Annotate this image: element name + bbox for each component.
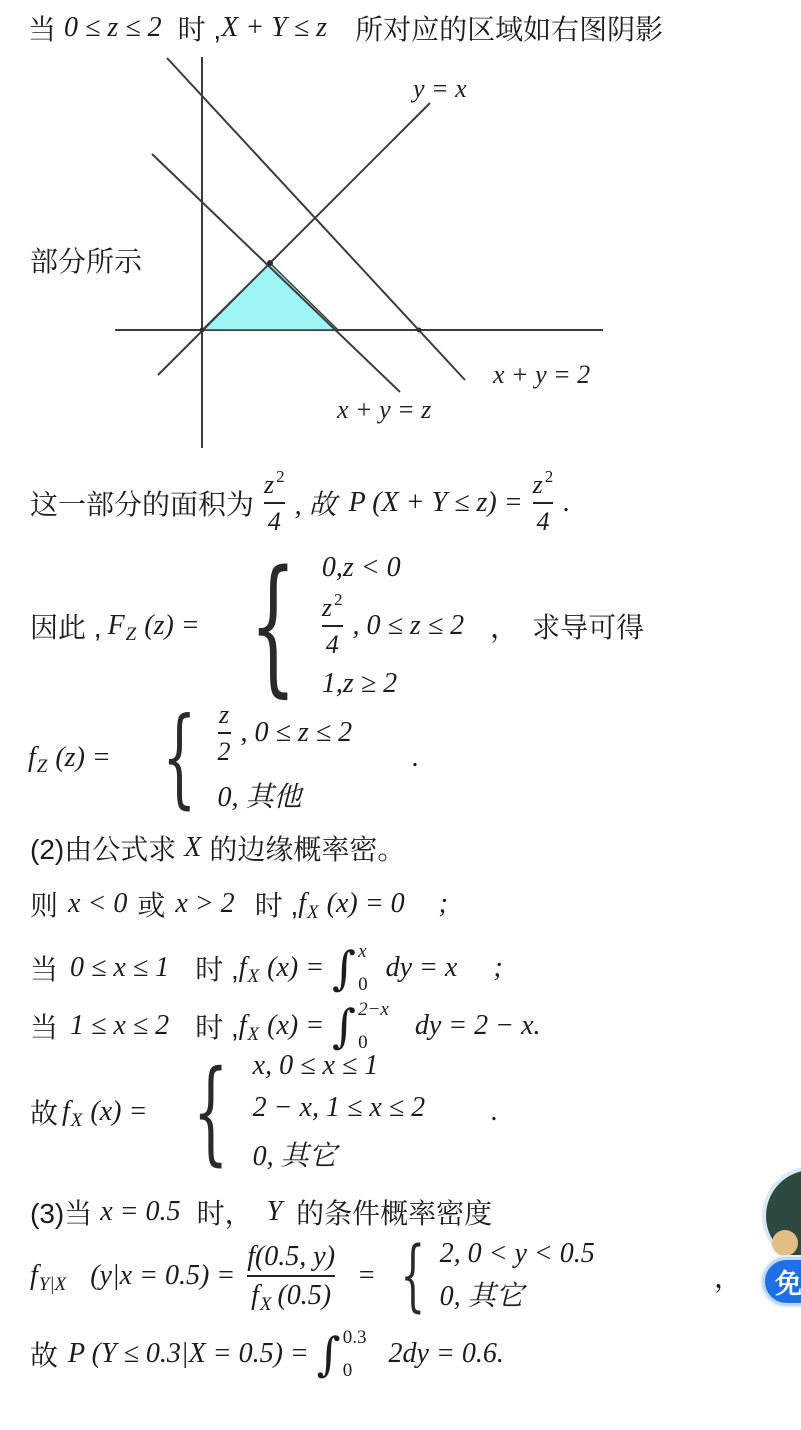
intro-math-2: X + Y ≤ z: [221, 12, 327, 44]
equals: =: [357, 1260, 376, 1292]
fX-cases: x, 0 ≤ x ≤ 1 2 − x, 1 ≤ x ≤ 2 0, 其它: [253, 1045, 425, 1179]
final-line: 故 P (Y ≤ 0.3|X = 0.5) = ∫ 0.3 0 2dy = 0.…: [30, 1326, 504, 1382]
integral-bounds: 0.3 0: [343, 1327, 367, 1381]
fraction-bar: [247, 1275, 335, 1277]
part2-line-2: 当 0 ≤ x ≤ 1 时 , fX (x) = ∫ x 0 dy = x ;: [30, 940, 503, 996]
FZ-func-sub: Z: [126, 624, 137, 646]
left-brace: {: [249, 559, 296, 692]
fraction-z-over-2: z 2: [218, 701, 231, 766]
math: 1 ≤ x ≤ 2: [70, 1010, 169, 1042]
label-y-eq-x: y = x: [410, 74, 467, 103]
shaded-region: [202, 263, 338, 330]
left-brace: {: [162, 709, 196, 806]
num-func: f: [247, 1242, 255, 1271]
fX-func: f: [62, 1096, 70, 1128]
left-brace: {: [400, 1241, 425, 1311]
fZ-func-sub: Z: [37, 756, 48, 778]
frac-exp: 2: [276, 467, 285, 486]
part2-title-text-1: (2)由公式求: [30, 828, 176, 868]
frac-exp: 2: [545, 467, 554, 486]
semicolon: ;: [493, 952, 502, 984]
fraction-z2-over-4c: z2 4: [322, 594, 343, 659]
intersection-dot-apex: [267, 260, 273, 266]
math: x < 0: [68, 888, 127, 920]
FZ-case-2-cond: , 0 ≤ z ≤ 2: [353, 610, 465, 642]
func-sub: X: [307, 902, 319, 924]
text: 时，: [197, 1192, 253, 1232]
num-arg: (0.5, y): [255, 1242, 335, 1271]
upper-bound: 2−x: [358, 1000, 389, 1019]
text: 则: [30, 884, 58, 924]
intro-text-3: 所对应的区域如右图阴影: [355, 8, 663, 48]
frac-den: 4: [536, 508, 549, 535]
free-badge-label: 免: [775, 1262, 801, 1301]
text: (3)当: [30, 1192, 92, 1232]
fZ-case-1-cond: , 0 ≤ z ≤ 2: [241, 717, 353, 749]
func: f: [239, 1010, 247, 1042]
fX-case-2: 2 − x, 1 ≤ x ≤ 2: [253, 1092, 425, 1124]
den-arg: (0.5): [277, 1281, 331, 1310]
frac-exp: 2: [334, 590, 343, 609]
intro-line: 当 0 ≤ z ≤ 2 时 , X + Y ≤ z 所对应的区域如右图阴影: [28, 8, 663, 48]
math: (x) =: [267, 952, 324, 984]
part2-title-math: X: [184, 832, 201, 864]
frac-num: f (0.5, y): [247, 1242, 335, 1271]
fraction-z2-over-4b: z2 4: [533, 471, 554, 536]
func-sub: X: [248, 1024, 260, 1046]
func: f: [298, 888, 306, 920]
func: f: [30, 1260, 38, 1292]
fZ-case-1: z 2 , 0 ≤ z ≤ 2: [218, 701, 353, 766]
text: 故: [30, 1334, 58, 1374]
avatar-face-icon: [772, 1230, 798, 1256]
FZ-prefix: 因此 ,: [30, 606, 102, 646]
den-func-sub: X: [260, 1295, 272, 1315]
fZ-case-2: 0, 其他: [218, 775, 302, 815]
part2-line-1: 则 x < 0 或 x > 2 时 , fX (x) = 0 ;: [30, 884, 448, 924]
free-badge-button[interactable]: 免: [762, 1257, 801, 1306]
cond-cases: 2, 0 < y < 0.5 0, 其它: [440, 1236, 595, 1316]
text: 或: [137, 884, 165, 924]
upper-bound: x: [358, 942, 368, 961]
FZ-block: 因此 , FZ (z) = { 0,z < 0 z2 4 , 0 ≤ z ≤ 2…: [30, 548, 644, 704]
text: 时 ,: [255, 884, 299, 924]
frac-num: z: [264, 470, 274, 499]
func-sub: X: [248, 966, 260, 988]
math: x = 0.5: [100, 1196, 180, 1228]
frac-num: z: [322, 593, 332, 622]
math: P (Y ≤ 0.3|X = 0.5) =: [68, 1338, 309, 1370]
math: dy = 2 − x.: [415, 1010, 541, 1042]
intersection-dot-axis: [417, 328, 422, 333]
integral-sign: ∫: [332, 945, 356, 991]
semicolon: ;: [439, 888, 448, 920]
fraction-z2-over-4: z2 4: [264, 471, 285, 536]
fZ-func: f: [28, 742, 36, 774]
part3-title: (3)当 x = 0.5 时， Y 的条件概率密度: [30, 1192, 492, 1232]
fraction-bar: [264, 502, 285, 504]
text: 时 ,: [195, 1006, 239, 1046]
label-x-plus-y-z: x + y = z: [336, 395, 431, 424]
integral-sign: ∫: [317, 1331, 341, 1377]
math: x > 2: [175, 888, 234, 920]
intro-text-1: 当: [28, 8, 56, 48]
trailing-comma: ，: [714, 1256, 742, 1296]
fraction-bar: [322, 625, 343, 627]
intersection-dot-origin: [200, 328, 205, 333]
FZ-cases: 0,z < 0 z2 4 , 0 ≤ z ≤ 2 1,z ≥ 2: [322, 547, 464, 706]
area-text-1: 这一部分的面积为: [30, 483, 254, 523]
text: 的条件概率密度: [296, 1192, 492, 1232]
integral-sign: ∫: [332, 1003, 356, 1049]
line-y-eq-x: [158, 103, 430, 375]
frac-num: z: [219, 701, 229, 728]
part2-title: (2)由公式求 X 的边缘概率密。: [30, 828, 405, 868]
fZ-arg: (z) =: [55, 742, 110, 774]
part2-title-text-2: 的边缘概率密。: [209, 828, 405, 868]
upper-bound: 0.3: [343, 1328, 367, 1347]
fX-block: 故 fX (x) = { x, 0 ≤ x ≤ 1 2 − x, 1 ≤ x ≤…: [30, 1052, 498, 1172]
document-page: 当 0 ≤ z ≤ 2 时 , X + Y ≤ z 所对应的区域如右图阴影 y …: [0, 0, 801, 1430]
FZ-suffix: 求导可得: [532, 606, 644, 646]
fZ-period: .: [412, 742, 419, 774]
text: 时 ,: [195, 948, 239, 988]
fX-case-1: x, 0 ≤ x ≤ 1: [253, 1050, 379, 1082]
math: 2dy = 0.6.: [389, 1338, 504, 1370]
line-x-plus-y-z: [152, 154, 400, 392]
cond-case-1: 2, 0 < y < 0.5: [440, 1238, 595, 1270]
fZ-cases: z 2 , 0 ≤ z ≤ 2 0, 其他: [218, 696, 353, 821]
area-math-1: P (X + Y ≤ z) =: [349, 487, 523, 519]
math: (x) = 0: [327, 888, 405, 920]
FZ-arg: (z) =: [144, 610, 199, 642]
frac-num: z: [533, 470, 543, 499]
fZ-block: fZ (z) = { z 2 , 0 ≤ z ≤ 2 0, 其他 .: [28, 700, 419, 816]
conditional-density-line: fY|X (y|x = 0.5) = f (0.5, y) fX (0.5) =…: [30, 1230, 742, 1322]
fX-period: .: [491, 1096, 498, 1128]
FZ-case-1: 0,z < 0: [322, 552, 401, 584]
frac-den: 2: [218, 738, 231, 765]
FZ-comma: ，: [490, 606, 518, 646]
frac-den: 4: [268, 508, 281, 535]
left-brace: {: [193, 1062, 229, 1163]
intro-math-1: 0 ≤ z ≤ 2: [64, 12, 162, 44]
label-x-plus-y-2: x + y = 2: [492, 360, 590, 389]
fX-arg: (x) =: [90, 1096, 147, 1128]
cond-case-2: 0, 其它: [440, 1274, 524, 1314]
fraction-bar: [218, 732, 231, 734]
fX-case-3: 0, 其它: [253, 1134, 337, 1174]
math: (y|x = 0.5) =: [90, 1260, 235, 1292]
area-text-3: .: [563, 487, 570, 519]
text: 当: [30, 1006, 58, 1046]
fraction-bar: [533, 502, 554, 504]
fX-prefix: 故: [30, 1092, 58, 1132]
frac-den: fX (0.5): [251, 1281, 331, 1310]
den-func: f: [251, 1281, 259, 1310]
fraction-cond: f (0.5, y) fX (0.5): [247, 1242, 335, 1311]
math: (x) =: [267, 1010, 324, 1042]
figure-diagram: y = x x + y = 2 x + y = z: [110, 57, 610, 449]
math: dy = x: [386, 952, 458, 984]
side-label: 部分所示: [30, 240, 142, 280]
frac-den: 4: [326, 631, 339, 658]
lower-bound: 0: [343, 1361, 367, 1380]
func: f: [239, 952, 247, 984]
FZ-case-2: z2 4 , 0 ≤ z ≤ 2: [322, 594, 464, 659]
fX-func-sub: X: [71, 1110, 83, 1132]
text: 当: [30, 948, 58, 988]
math: Y: [267, 1196, 283, 1228]
area-line: 这一部分的面积为 z2 4 , 故 P (X + Y ≤ z) = z2 4 .: [30, 462, 570, 544]
lower-bound: 0: [358, 975, 368, 994]
intro-text-2: 时 ,: [178, 8, 222, 48]
area-text-2: , 故: [295, 483, 337, 523]
math: 0 ≤ x ≤ 1: [70, 952, 169, 984]
FZ-func: F: [108, 610, 125, 642]
integral-bounds: x 0: [358, 941, 368, 995]
func-sub: Y|X: [39, 1274, 66, 1296]
